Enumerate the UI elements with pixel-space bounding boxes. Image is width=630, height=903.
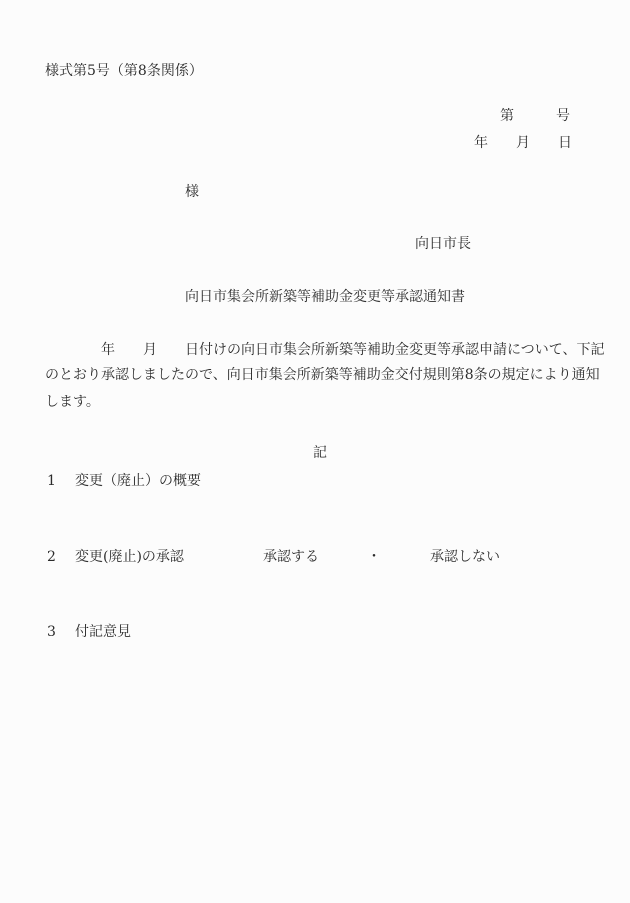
body-line-3: します。 (45, 392, 100, 412)
item-2-option-reject: 承認しない (430, 547, 500, 567)
item-2-option-approve: 承認する (263, 547, 319, 567)
body-line-1: 年 月 日付けの向日市集会所新築等補助金変更等承認申請について、下記 (45, 340, 604, 360)
list-marker: 記 (10, 443, 630, 463)
item-3-number: 3 (47, 622, 56, 642)
item-2-option-separator: ・ (367, 547, 381, 567)
item-2-number: 2 (47, 547, 56, 567)
item-2-label: 変更(廃止)の承認 (75, 547, 184, 567)
notification-document-page: 様式第5号（第8条関係） 第 号 年 月 日 様 向日市長 向日市集会所新築等補… (0, 0, 630, 903)
item-3-label: 付記意見 (75, 622, 131, 642)
form-number: 様式第5号（第8条関係） (45, 61, 203, 81)
item-1-label: 変更（廃止）の概要 (75, 471, 201, 491)
issue-number-line: 第 号 (500, 106, 570, 126)
issue-date-line: 年 月 日 (474, 133, 572, 153)
item-1-number: 1 (47, 471, 56, 491)
addressee-honorific: 様 (185, 182, 199, 202)
document-title: 向日市集会所新築等補助金変更等承認通知書 (20, 287, 630, 307)
body-line-2: のとおり承認しましたので、向日市集会所新築等補助金交付規則第8条の規定により通知 (45, 365, 600, 385)
sender-title: 向日市長 (415, 234, 471, 254)
